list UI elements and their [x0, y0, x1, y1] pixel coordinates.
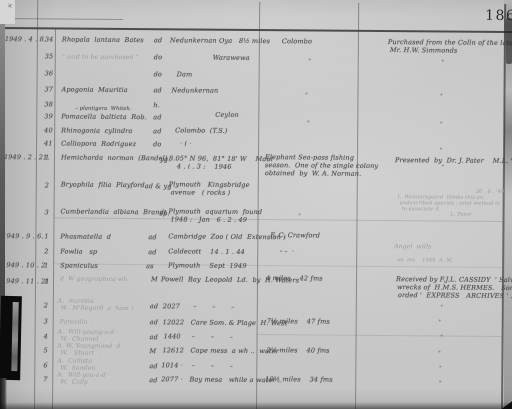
species-cell: d W geographica wh [60, 275, 127, 283]
sex-cell: ad [153, 87, 161, 94]
species-cell: Pomacella balticta Rob. [61, 113, 147, 121]
species-cell: Bryophila filia Playford [61, 181, 145, 189]
species-cell: “ said to be purchased ” [62, 53, 139, 61]
ink-speck [307, 120, 309, 122]
locality-cell: Warawewa [213, 55, 250, 62]
sex-cell: ad [150, 319, 158, 326]
station-cell: 10½ miles 34 fms [265, 376, 333, 384]
regno-cell: 37 [44, 86, 53, 93]
ink-speck [439, 319, 441, 321]
column-rule-notes [355, 3, 359, 409]
sex-cell: ad & yg [145, 183, 172, 190]
acquisition-note-line: Presented by Dr. J. Pater M.L. '49 [395, 157, 512, 165]
row-rule [257, 334, 502, 337]
sex-cell: ad [148, 249, 156, 256]
regno-cell: 40 [44, 127, 53, 134]
sex-cell: M [149, 348, 156, 355]
date-cell: 1949 . 4 . 8. [5, 36, 46, 43]
sex-cell: as [146, 263, 154, 270]
regno-cell: 1 [44, 262, 48, 269]
date-cell: 1949 . 9 . 6. [2, 233, 43, 240]
page-bottom-edge [0, 402, 512, 409]
column-rule-date [34, 0, 38, 409]
regno-cell: 2 [44, 302, 48, 309]
ink-speck [441, 334, 443, 336]
sex-cell: h. [153, 102, 160, 109]
ink-speck [309, 58, 311, 60]
regno-cell: 1 [44, 233, 48, 240]
row-rule [54, 217, 503, 222]
species-cell: Spaniculus [60, 262, 98, 269]
regno-cell: 2 [45, 182, 49, 189]
locality-cell: · ( · [180, 140, 192, 147]
sex-cell: ad [150, 334, 158, 341]
station-cell: 4 miles 42 fms [266, 275, 323, 282]
species-cell: Rhinogonia cylindra [61, 127, 132, 135]
locality-cell-line2: avenue ( rocks ) [171, 189, 231, 196]
header-rule-main [0, 27, 512, 33]
ink-speck [299, 213, 301, 215]
regno-cell: 4 [44, 333, 48, 340]
register-page-scan: 186 1949 . 4 . 8.34ad35do36do37ad38h.39a… [0, 0, 512, 409]
sex-cell: ad [153, 128, 161, 135]
locality-cell: Dam [177, 71, 193, 78]
station-cell: obtained by W. A. Norman. [265, 170, 362, 178]
species-cell-line2: W. M'Regard a ham ! [61, 304, 134, 312]
sex-cell: ad [148, 234, 156, 241]
register-entries: 1949 . 4 . 8.34ad35do36do37ad38h.39ad40a… [0, 0, 512, 4]
sex-cell: ad [149, 377, 157, 384]
station-cell: Colombo [282, 38, 312, 45]
ink-speck [442, 59, 444, 61]
species-cell: Rhopala lantana Bates [62, 36, 144, 44]
species-cell: Paravilia · [60, 318, 94, 325]
header-rule-short [0, 18, 123, 20]
ink-speck [441, 304, 443, 306]
date-cell: 1949 . 11 . 21 [2, 278, 50, 285]
regno-cell: 1 [45, 154, 49, 161]
acquisition-note-line: orded ' EXPRESS ARCHIVES ' . [398, 292, 512, 300]
species-cell: Calliopora Rodriguez [61, 140, 136, 148]
ink-speck [442, 164, 444, 166]
locality-cell: Colombo (T.S.) [175, 127, 227, 134]
locality-cell-line2: 1948 : Jan 6 . 2 . 49 [170, 216, 247, 224]
station-cell: – · [284, 248, 294, 255]
regno-cell: 3 [44, 318, 48, 325]
regno-cell: 7 [43, 376, 47, 383]
locality-cell: 12612 Cape mess a wh .. water [162, 347, 279, 355]
species-cell: Phasmatella d [60, 233, 111, 240]
sex-cell: ad [154, 37, 162, 44]
sex-cell: do [154, 54, 162, 61]
ink-speck [305, 92, 307, 94]
sex-cell: do [154, 71, 162, 78]
pencil-note-signature: L. Pater [451, 213, 472, 219]
locality-cell: Ceylon [215, 112, 239, 119]
sex-cell: M [151, 276, 158, 283]
ink-speck [280, 250, 282, 252]
species-cell: Fowlia sp [60, 248, 97, 255]
row-rule [53, 263, 502, 268]
regno-cell: 6 [43, 362, 47, 369]
ink-speck [440, 93, 442, 95]
page-right-edge-mark [506, 18, 512, 64]
station-cell: F. C. Crawford [270, 232, 320, 239]
species-cell-line2: – plantigera Whiteh. [75, 107, 131, 113]
locality-cell: 1014 · – – – [161, 362, 233, 370]
station-cell: 2½ miles 40 fms [266, 347, 329, 354]
station-cell: 7½ miles 47 fms [267, 318, 330, 325]
regno-cell: 39 [44, 113, 53, 120]
species-cell: Apogonia Mauritia [61, 86, 127, 94]
pencil-note-line: to associate it. [402, 207, 441, 213]
ink-speck [439, 365, 441, 367]
register-table: 186 1949 . 4 . 8.34ad35do36do37ad38h.39a… [0, 0, 512, 409]
ink-speck [440, 121, 442, 123]
locality-cell: Nedunkernan [171, 87, 218, 94]
sex-cell: ad [149, 363, 157, 370]
regno-cell: 34 [45, 36, 54, 43]
regno-cell: 38 [44, 101, 53, 108]
locality-cell: 2077 · Bay mesa while a water .. [161, 376, 282, 384]
regno-cell: 41 [44, 140, 53, 147]
date-cell: 1949 . 10 . 2 [2, 262, 45, 269]
locality-cell: Caldecott 14 . 1 . 44 [168, 248, 245, 256]
locality-cell: Nedunkernan Oya 8½ miles [170, 37, 270, 45]
species-cell-line2: W. Stuart · [60, 349, 100, 356]
sex-cell: ad [150, 303, 158, 310]
ink-speck [438, 350, 440, 352]
regno-cell: 1 [44, 278, 48, 285]
species-cell-line2: W. Cally [60, 378, 88, 385]
acquisition-note-line: Mr. H.W. Simmonds [390, 47, 458, 55]
locality-cell: Cambridge Zoo ( Old Extension ) [168, 233, 286, 241]
locality-cell: 1440 – – – [164, 333, 234, 341]
species-cell: Hemichorda norman (Bandel) [61, 154, 168, 162]
sex-cell: ad [153, 114, 161, 121]
date-cell: 1949 . 2 . 21. [4, 154, 50, 161]
regno-cell: 35 [45, 53, 54, 60]
ink-speck [439, 380, 441, 382]
locality-cell: 2027 – – – [163, 303, 235, 311]
regno-cell: 36 [45, 70, 54, 77]
binding-clamp-highlight [11, 302, 18, 371]
regno-cell: 2 [44, 248, 48, 255]
binding-clamp [0, 296, 22, 380]
regno-cell: 3 [45, 209, 49, 216]
regno-cell: 5 [43, 347, 47, 354]
sex-cell: do [153, 141, 161, 148]
species-cell: Cumberlandia albiana Brandt [61, 208, 167, 216]
ink-speck [440, 147, 442, 149]
locality-cell: Plymouth Sept 1949 [168, 262, 247, 270]
locality-cell-line2: 4 . i . 3 : 1946 [177, 163, 232, 170]
pencil-note-line: an mo 1949 A. M. [397, 258, 453, 264]
pencil-note-line: Angel wills [394, 243, 431, 250]
ink-smudge: × [6, 2, 14, 9]
